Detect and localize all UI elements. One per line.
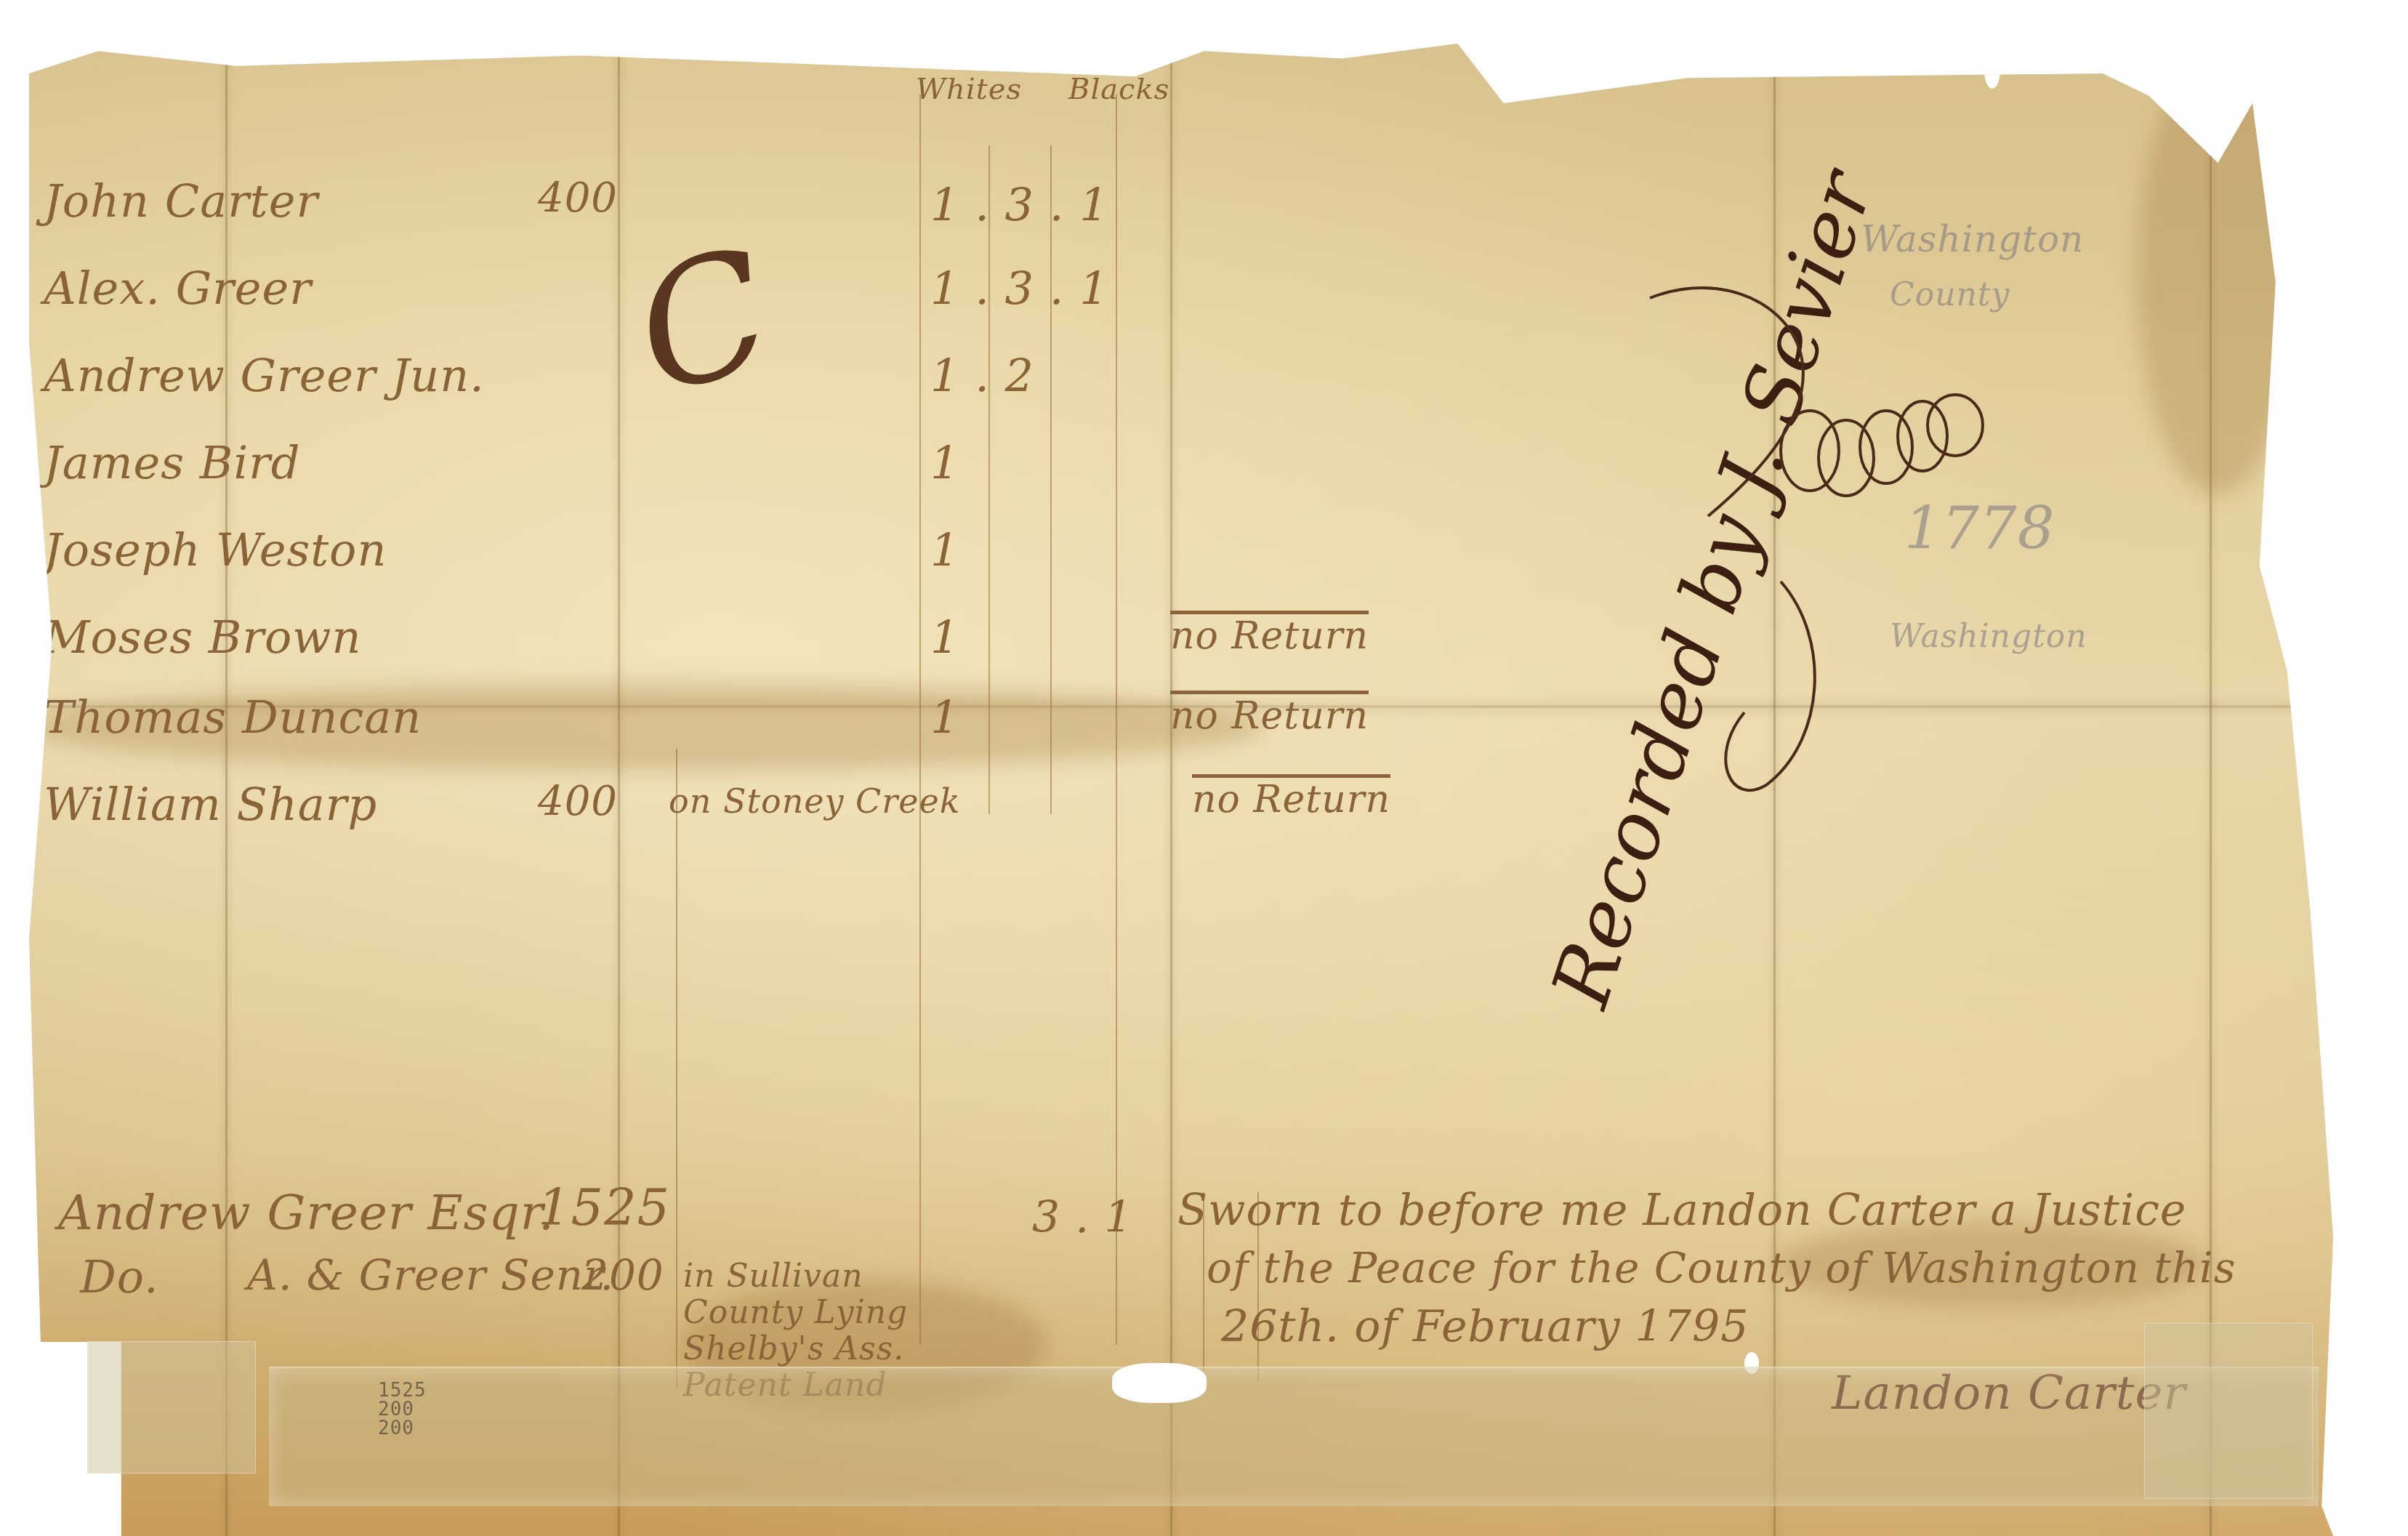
entry-note: no Return: [1192, 778, 1390, 821]
summary-land: 200: [581, 1250, 664, 1300]
location-line: County Lying: [683, 1294, 908, 1331]
entry-note: no Return: [1170, 614, 1369, 658]
repair-tape: [87, 1341, 256, 1473]
pencil-note: 1778: [1904, 494, 2055, 562]
repair-tape: [269, 1367, 2319, 1506]
oath-line: of the Peace for the County of Washingto…: [1207, 1243, 2236, 1292]
entry-name: John Carter: [44, 174, 318, 228]
fold-line: [618, 44, 620, 1536]
entry-name: William Sharp: [44, 778, 377, 831]
entry-tally: 1 . 3 . 1: [930, 262, 1109, 315]
entry-land: 400: [538, 174, 618, 222]
manuscript-page: Whites Blacks John Carter 400 1 . 3 . 1 …: [29, 44, 2333, 1536]
endorsement-mark: C: [616, 212, 791, 433]
entry-tally: 1: [930, 691, 959, 744]
entry-name: Andrew Greer Jun.: [44, 349, 485, 402]
entry-name: Joseph Weston: [44, 523, 387, 576]
recorded-endorsement: Recorded by J. Sevier: [1490, 276, 1999, 930]
entry-tally: 1 . 2: [930, 349, 1034, 402]
summary-ditto: Do.: [80, 1250, 159, 1303]
summary-land: 1525: [538, 1178, 670, 1237]
oath-line: 26th. of February 1795: [1221, 1301, 1749, 1352]
entry-tally: 1: [930, 611, 959, 664]
oath-line: Sworn to before me Landon Carter a Justi…: [1177, 1185, 2186, 1236]
pencil-note: Washington: [1861, 218, 2084, 260]
ruled-line: [676, 749, 677, 1388]
torn-gap: [1112, 1363, 1207, 1403]
fold-line: [1170, 44, 1172, 1536]
water-stain: [2137, 58, 2297, 494]
summary-name: Andrew Greer Esqr.: [58, 1185, 555, 1241]
column-header-whites: Whites: [916, 73, 1022, 106]
entry-land: 400: [538, 778, 618, 825]
entry-tally: 1 . 3 . 1: [930, 178, 1109, 231]
repair-tape: [2144, 1323, 2313, 1499]
flourish-icon: [1490, 276, 1999, 930]
column-header-blacks: Blacks: [1068, 73, 1169, 106]
entry-name: Alex. Greer: [44, 262, 312, 315]
entry-location: on Stoney Creek: [669, 781, 961, 821]
paper-hole: [1984, 52, 2000, 89]
location-line: in Sullivan: [683, 1258, 863, 1295]
entry-name: Moses Brown: [44, 611, 361, 664]
pencil-note: County: [1890, 276, 2010, 313]
entry-name: James Bird: [44, 436, 301, 489]
entry-tally: 1: [930, 436, 959, 489]
entry-tally: 1: [930, 523, 959, 576]
summary-tally: 3 . 1: [1032, 1192, 1133, 1243]
entry-note: no Return: [1170, 694, 1369, 738]
location-line: Shelby's Ass.: [683, 1330, 904, 1367]
pencil-note: Washington: [1890, 618, 2087, 655]
entry-name: Thomas Duncan: [44, 691, 422, 744]
summary-detail: A. & Greer Senr.: [247, 1250, 614, 1300]
